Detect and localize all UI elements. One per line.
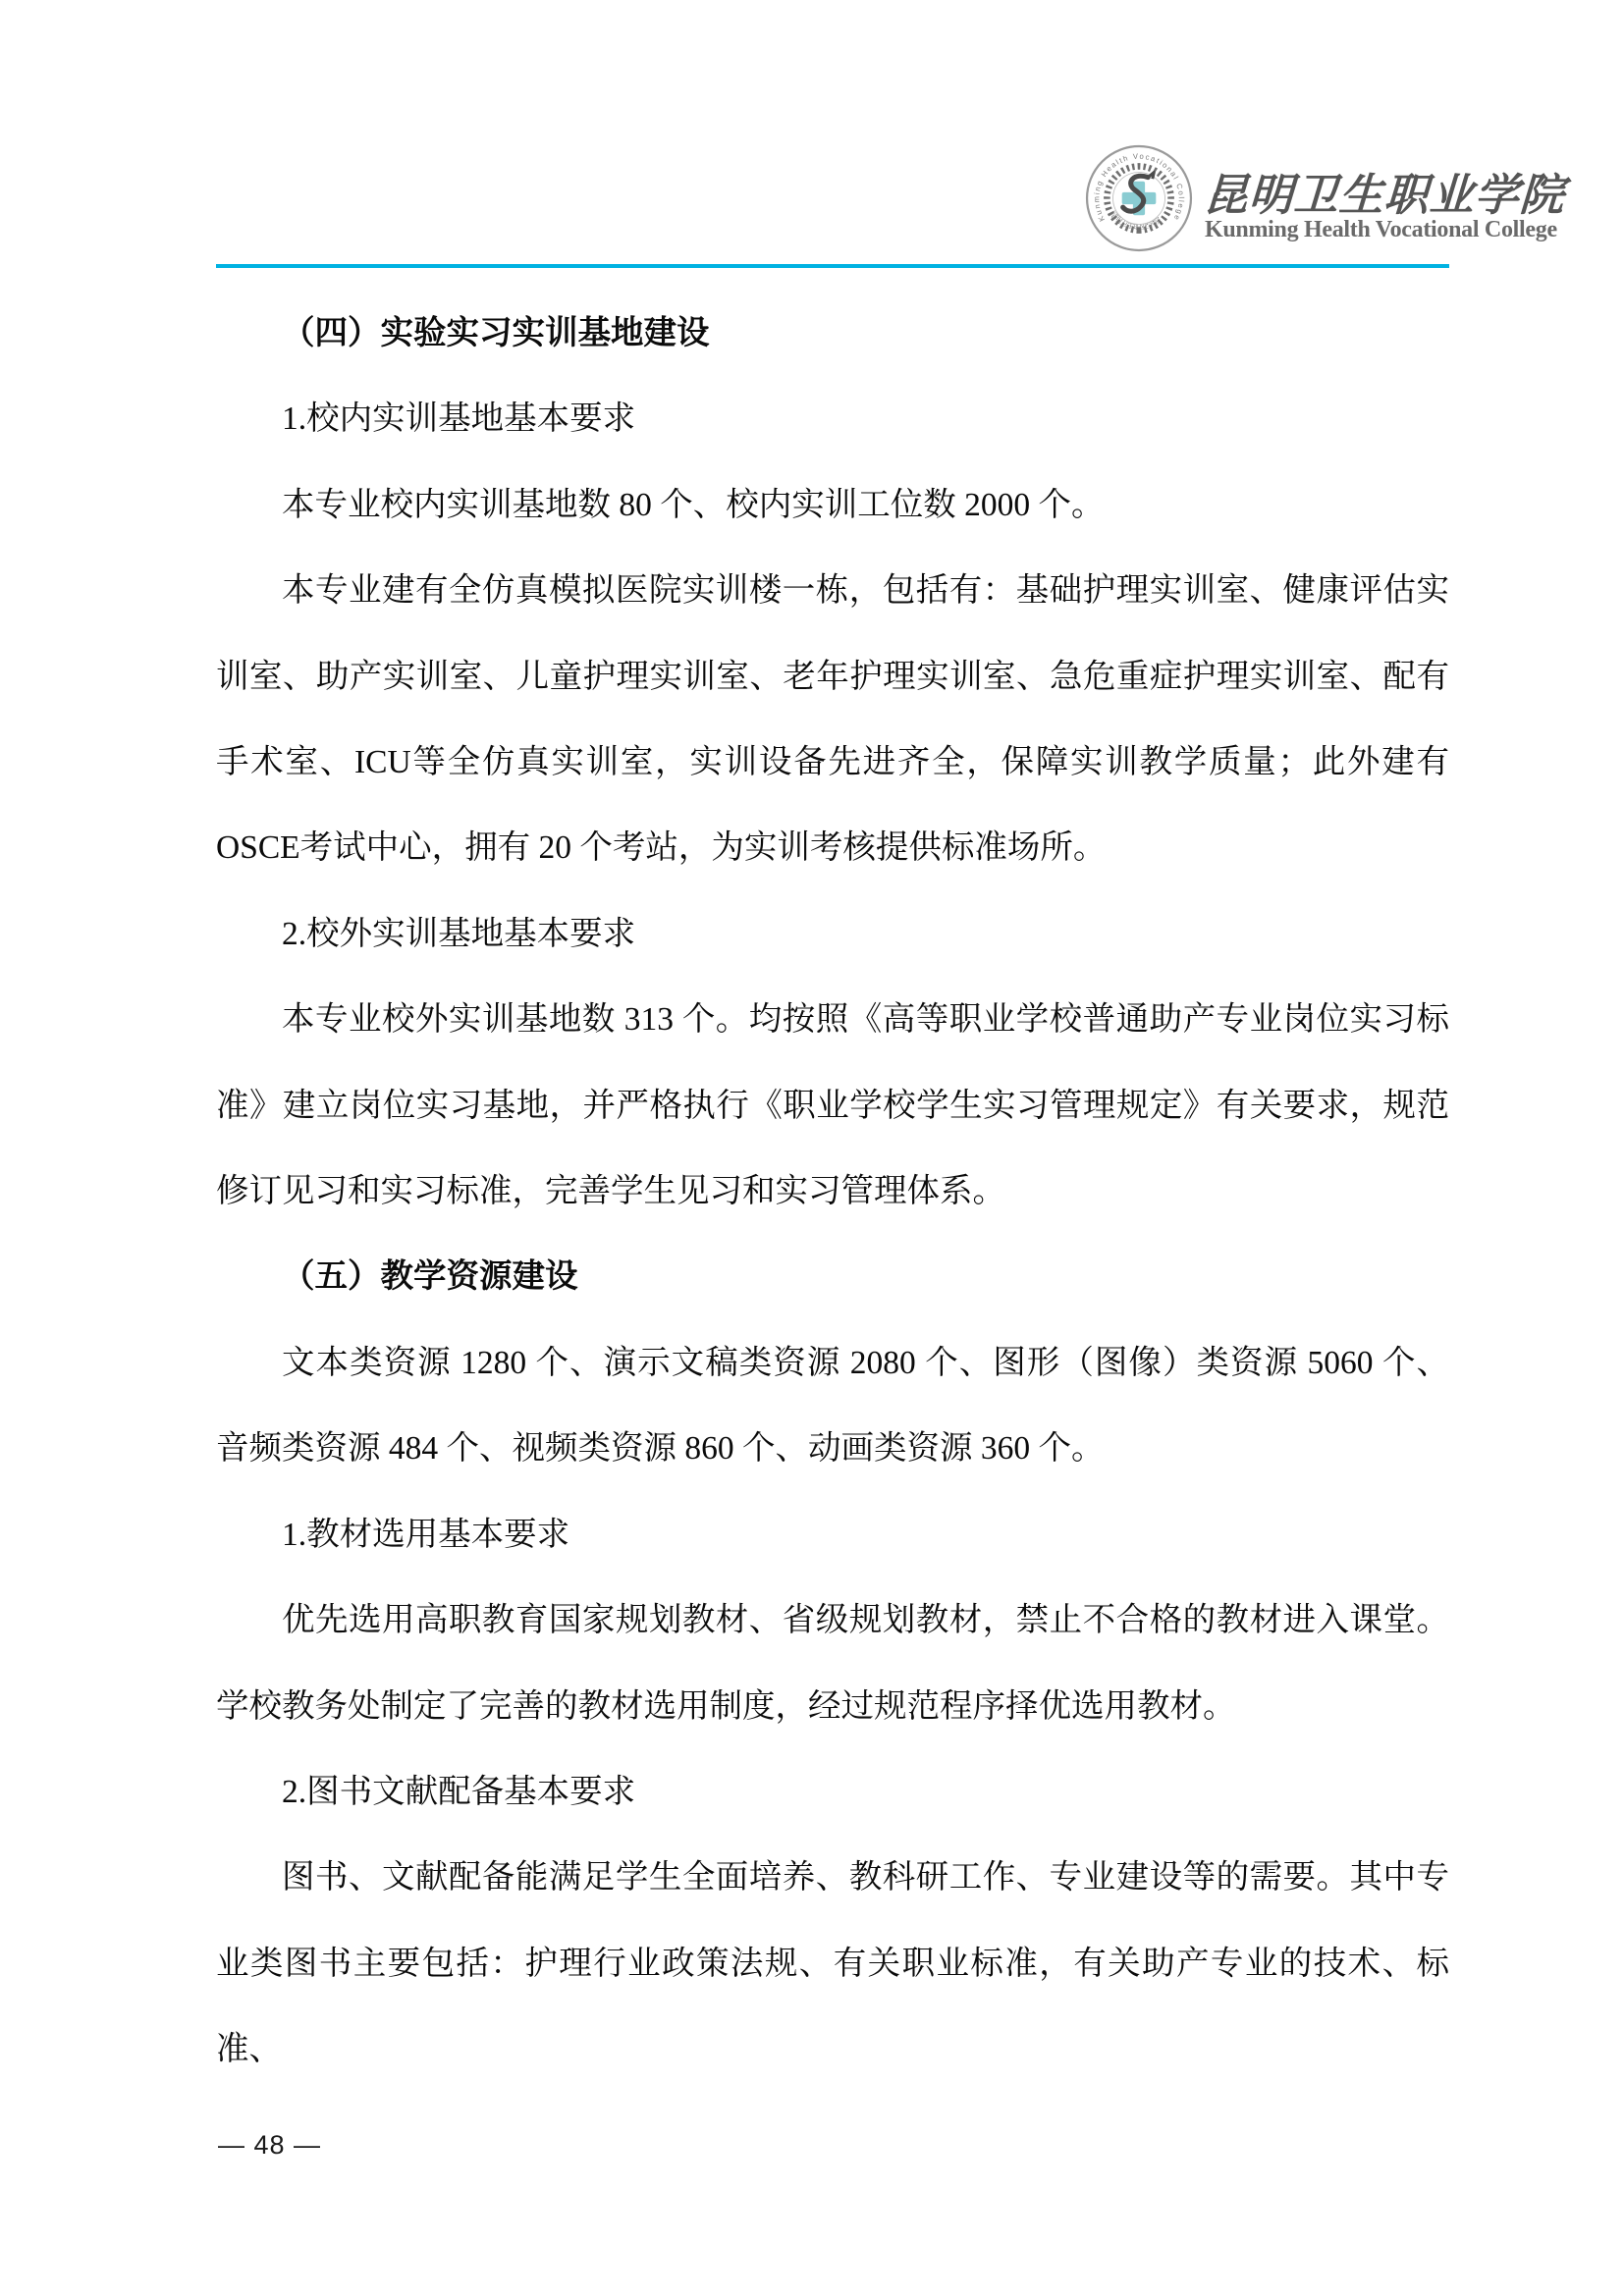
college-seal-icon: Kunming Health Vocational College 昆明卫生职业… (1084, 143, 1194, 253)
college-name-calligraphy: 昆明卫生职业学院 (1202, 159, 1568, 223)
college-name-english: Kunming Health Vocational College (1205, 217, 1557, 243)
header-divider (216, 264, 1449, 268)
section-heading: （五）教学资源建设 (216, 1234, 1449, 1319)
document-page: Kunming Health Vocational College 昆明卫生职业… (0, 0, 1624, 2296)
page-header: Kunming Health Vocational College 昆明卫生职业… (0, 0, 1624, 275)
paragraph: 2.图书文献配备基本要求 (216, 1749, 1449, 1835)
section-heading: （四）实验实习实训基地建设 (216, 291, 1449, 376)
paragraph: 1.校内实训基地基本要求 (216, 376, 1449, 461)
paragraph: 1.教材选用基本要求 (216, 1492, 1449, 1577)
page-footer: — 48 — (218, 2130, 321, 2161)
paragraph: 优先选用高职教育国家规划教材、省级规划教材，禁止不合格的教材进入课堂。学校教务处… (216, 1577, 1449, 1749)
paragraph: 图书、文献配备能满足学生全面培养、教科研工作、专业建设等的需要。其中专业类图书主… (216, 1835, 1449, 2092)
paragraph: 2.校外实训基地基本要求 (216, 891, 1449, 977)
page-number: — 48 — (218, 2130, 321, 2160)
paragraph: 本专业校内实训基地数 80 个、校内实训工位数 2000 个。 (216, 462, 1449, 548)
paragraph: 本专业校外实训基地数 313 个。均按照《高等职业学校普通助产专业岗位实习标准》… (216, 977, 1449, 1234)
document-body: （四）实验实习实训基地建设 1.校内实训基地基本要求 本专业校内实训基地数 80… (216, 291, 1449, 2093)
paragraph: 本专业建有全仿真模拟医院实训楼一栋，包括有：基础护理实训室、健康评估实训室、助产… (216, 548, 1449, 891)
paragraph: 文本类资源 1280 个、演示文稿类资源 2080 个、图形（图像）类资源 50… (216, 1320, 1449, 1492)
